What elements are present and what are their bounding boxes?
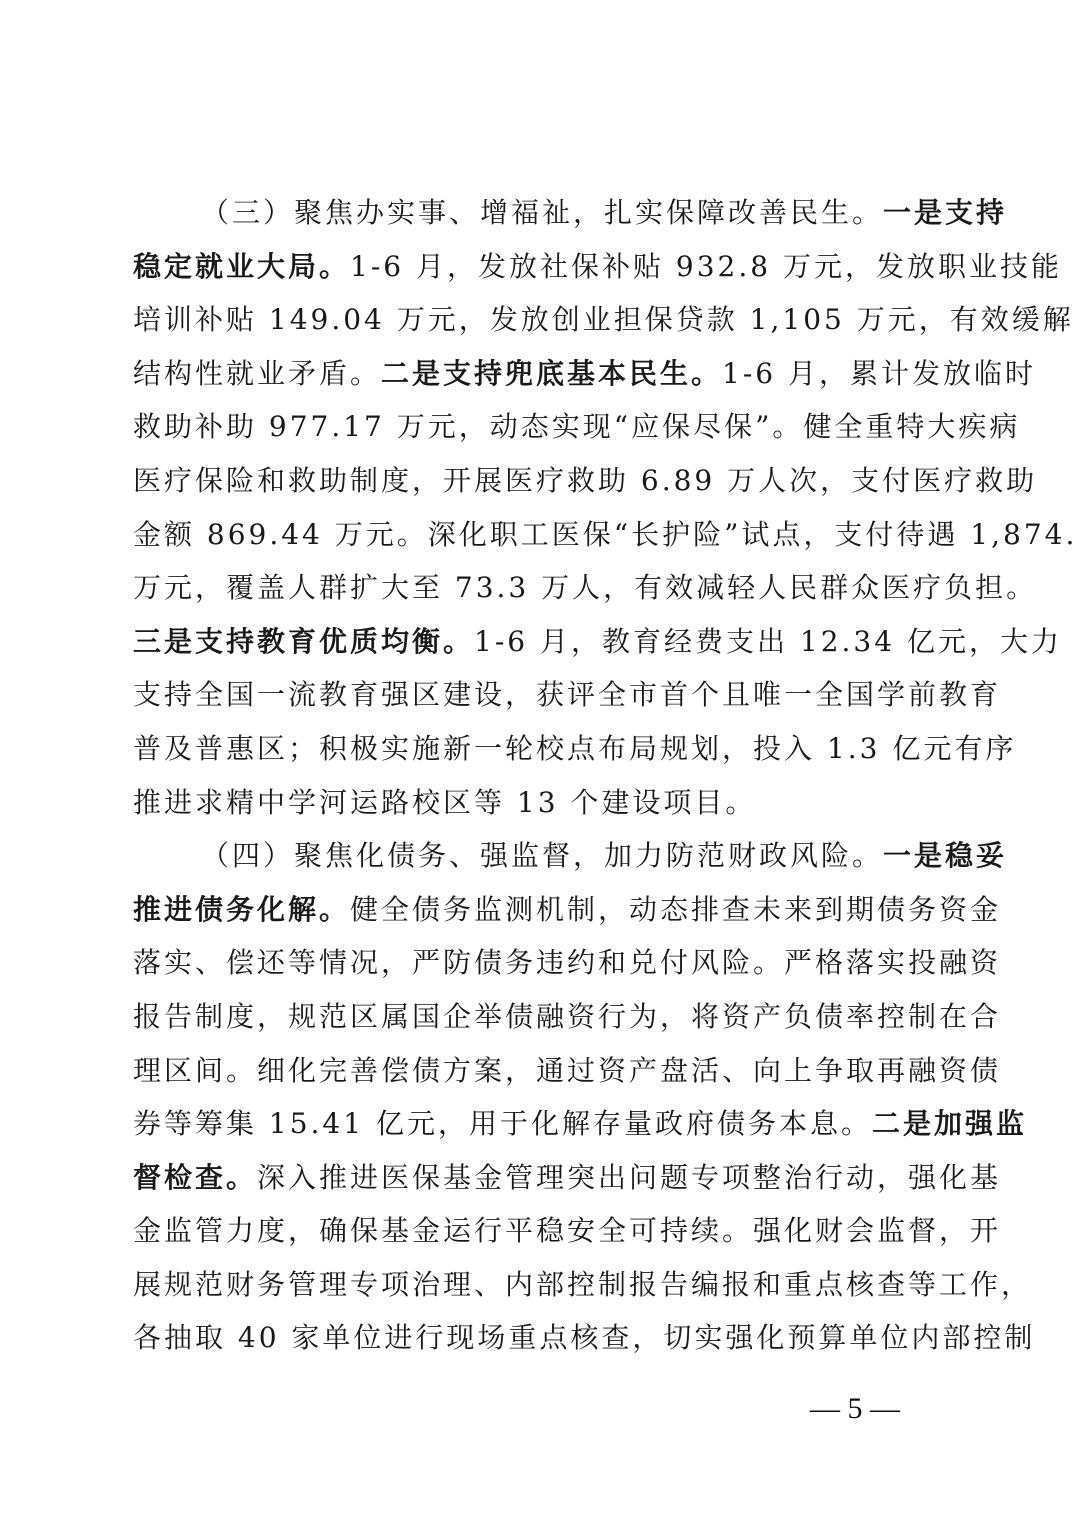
text-line: 落实、偿还等情况，严防债务违约和兑付风险。严格落实投融资 [133,936,945,990]
text-line: 理区间。细化完善偿债方案，通过资产盘活、向上争取再融资债 [133,1044,945,1098]
body-text-run: 落实、偿还等情况，严防债务违约和兑付风险。严格落实投融资 [133,946,1001,979]
text-line: 培训补贴 149.04 万元，发放创业担保贷款 1,105 万元，有效缓解 [133,293,945,347]
bold-heading-text: 推进债务化解。 [133,893,350,926]
text-line: 推进求精中学河运路校区等 13 个建设项目。 [133,776,945,830]
document-page: （三）聚焦办实事、增福祉，扎实保障改善民生。一是支持稳定就业大局。1-6 月，发… [0,0,1074,1520]
body-text-run: 救助补助 977.17 万元，动态实现“应保尽保”。健全重特大疾病 [133,410,1020,443]
body-text-run: 健全债务监测机制，动态排查未来到期债务资金 [350,893,1001,926]
text-line: 救助补助 977.17 万元，动态实现“应保尽保”。健全重特大疾病 [133,400,945,454]
body-text-run: 深入推进医保基金管理突出问题专项整治行动，强化基 [257,1161,1001,1194]
body-text-run: 报告制度，规范区属国企举债融资行为，将资产负债率控制在合 [133,1000,1001,1033]
bold-heading-text: 二是支持兜底基本民生。 [381,357,722,390]
text-line: 展规范财务管理专项治理、内部控制报告编报和重点核查等工作， [133,1258,945,1312]
body-text-run: 金额 869.44 万元。深化职工医保“长护险”试点，支付待遇 1,874.02 [133,518,1074,551]
bold-heading-text: 稳定就业大局。 [133,250,350,283]
page-number: — 5 — [800,1392,910,1426]
text-line: 普及普惠区；积极实施新一轮校点布局规划，投入 1.3 亿元有序 [133,722,945,776]
body-text-run: 理区间。细化完善偿债方案，通过资产盘活、向上争取再融资债 [133,1054,1001,1087]
text-line: 券等筹集 15.41 亿元，用于化解存量政府债务本息。二是加强监 [133,1097,945,1151]
body-text-run: （三）聚焦办实事、增福祉，扎实保障改善民生。 [201,196,883,229]
body-text-run: 1-6 月，教育经费支出 12.34 亿元，大力 [474,625,1062,658]
body-text-run: 1-6 月，累计发放临时 [722,357,1036,390]
text-line: 各抽取 40 家单位进行现场重点核查，切实强化预算单位内部控制 [133,1311,945,1365]
text-line: （三）聚焦办实事、增福祉，扎实保障改善民生。一是支持 [133,186,945,240]
bold-heading-text: 二是加强监 [872,1107,1027,1140]
text-line: 推进债务化解。健全债务监测机制，动态排查未来到期债务资金 [133,883,945,937]
body-text-run: 结构性就业矛盾。 [133,357,381,390]
text-line: 结构性就业矛盾。二是支持兜底基本民生。1-6 月，累计发放临时 [133,347,945,401]
bold-heading-text: 三是支持教育优质均衡。 [133,625,474,658]
text-line: 督检查。深入推进医保基金管理突出问题专项整治行动，强化基 [133,1151,945,1205]
text-line: 医疗保险和救助制度，开展医疗救助 6.89 万人次，支付医疗救助 [133,454,945,508]
body-text-run: 展规范财务管理专项治理、内部控制报告编报和重点核查等工作， [133,1268,1032,1301]
bold-heading-text: 一是支持 [883,196,1007,229]
body-text-run: 普及普惠区；积极实施新一轮校点布局规划，投入 1.3 亿元有序 [133,732,1016,765]
body-text-run: 医疗保险和救助制度，开展医疗救助 6.89 万人次，支付医疗救助 [133,464,1037,497]
text-line: 金监管力度，确保基金运行平稳安全可持续。强化财会监督，开 [133,1204,945,1258]
text-line: 报告制度，规范区属国企举债融资行为，将资产负债率控制在合 [133,990,945,1044]
body-text-run: 各抽取 40 家单位进行现场重点核查，切实强化预算单位内部控制 [133,1321,1035,1354]
body-text-run: 培训补贴 149.04 万元，发放创业担保贷款 1,105 万元，有效缓解 [133,303,1074,336]
bold-heading-text: 督检查。 [133,1161,257,1194]
body-text-run: 支持全国一流教育强区建设，获评全市首个且唯一全国学前教育 [133,678,1001,711]
body-text-run: 1-6 月，发放社保补贴 932.8 万元，发放职业技能 [350,250,1062,283]
text-line: 稳定就业大局。1-6 月，发放社保补贴 932.8 万元，发放职业技能 [133,240,945,294]
body-text-run: 万元，覆盖人群扩大至 73.3 万人，有效减轻人民群众医疗负担。 [133,571,1037,604]
body-text-run: （四）聚焦化债务、强监督，加力防范财政风险。 [201,839,883,872]
body-text-run: 金监管力度，确保基金运行平稳安全可持续。强化财会监督，开 [133,1214,1001,1247]
text-line: 金额 869.44 万元。深化职工医保“长护险”试点，支付待遇 1,874.02 [133,508,945,562]
text-line: 支持全国一流教育强区建设，获评全市首个且唯一全国学前教育 [133,668,945,722]
text-line: 万元，覆盖人群扩大至 73.3 万人，有效减轻人民群众医疗负担。 [133,561,945,615]
body-text: （三）聚焦办实事、增福祉，扎实保障改善民生。一是支持稳定就业大局。1-6 月，发… [133,186,945,1365]
text-line: （四）聚焦化债务、强监督，加力防范财政风险。一是稳妥 [133,829,945,883]
text-line: 三是支持教育优质均衡。1-6 月，教育经费支出 12.34 亿元，大力 [133,615,945,669]
body-text-run: 券等筹集 15.41 亿元，用于化解存量政府债务本息。 [133,1107,872,1140]
bold-heading-text: 一是稳妥 [883,839,1007,872]
body-text-run: 推进求精中学河运路校区等 13 个建设项目。 [133,786,756,819]
